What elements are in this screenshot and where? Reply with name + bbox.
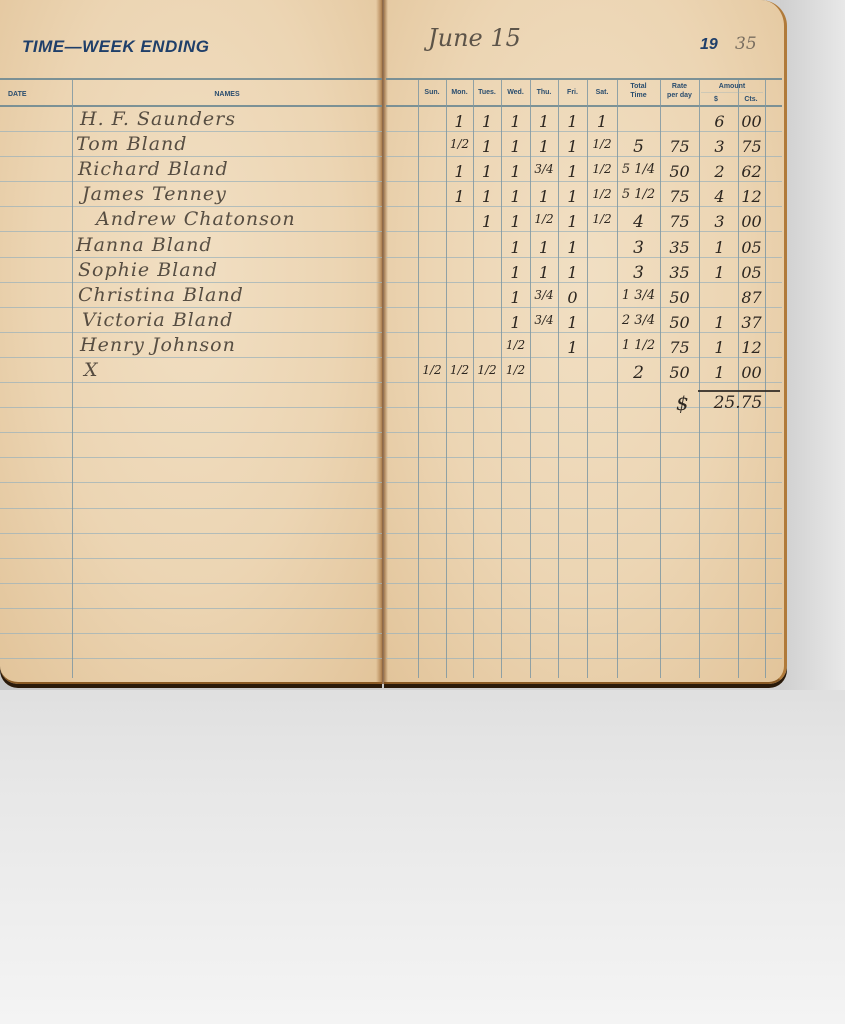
amount-dollars: 1 (701, 363, 738, 382)
total-time: 1 1/2 (617, 338, 660, 353)
column-header-cents: Cts. (740, 95, 762, 104)
day-wed: 1 (501, 263, 530, 282)
day-mon: 1 (446, 187, 473, 206)
grand-total-symbol: $ (676, 391, 689, 415)
scanner-background-right (780, 0, 845, 690)
rate-per-day: 50 (660, 288, 699, 307)
day-tue: 1 (473, 137, 501, 156)
column-header-fri: Fri. (558, 88, 587, 97)
day-fri: 1 (558, 187, 587, 206)
column-header-rate-per-day: Rate per day (660, 82, 699, 100)
total-underline (698, 390, 780, 392)
amount-cents: 37 (738, 313, 765, 332)
ruled-line-left (0, 583, 382, 584)
day-fri: 1 (558, 238, 587, 257)
ruled-line-left (0, 508, 382, 509)
total-time: 1 3/4 (617, 288, 660, 303)
amount-cents: 00 (738, 212, 765, 231)
day-sat: 1/2 (587, 162, 617, 176)
date-names-divider (72, 80, 73, 678)
time-book: TIME—WEEK ENDING DATE NAMES Sun.Mon.Tues… (0, 0, 788, 688)
day-wed: 1 (501, 162, 530, 181)
day-tue: 1 (473, 162, 501, 181)
amount-dollars: 3 (701, 137, 738, 156)
ruled-line-left (0, 231, 382, 232)
day-thu: 1/2 (530, 212, 558, 226)
column-header-names: NAMES (74, 90, 380, 99)
book-spine (376, 0, 388, 684)
ruled-line-left (0, 282, 382, 283)
day-fri: 1 (558, 212, 587, 231)
ruled-line-left (0, 457, 382, 458)
header-rule-top-left (0, 78, 382, 80)
rate-per-day: 35 (660, 238, 699, 257)
amount-subheader-rule (701, 92, 763, 93)
rate-per-day: 75 (660, 137, 699, 156)
employee-name: Richard Bland (78, 158, 229, 180)
rate-per-day: 50 (660, 313, 699, 332)
header-rule-bottom-left (0, 105, 382, 107)
day-sat: 1/2 (587, 187, 617, 201)
amount-cents: 12 (738, 187, 765, 206)
amount-dollars: 2 (701, 162, 738, 181)
employee-name: X (84, 359, 99, 381)
amount-cents: 87 (738, 288, 765, 307)
employee-name: Victoria Bland (82, 309, 233, 331)
ruled-line-left (0, 533, 382, 534)
day-thu: 1 (530, 112, 558, 131)
day-wed: 1 (501, 112, 530, 131)
day-sat: 1/2 (587, 137, 617, 151)
column-header-dollars: $ (705, 95, 727, 104)
day-fri: 1 (558, 313, 587, 332)
employee-name: Tom Bland (76, 133, 187, 155)
ruled-line-left (0, 407, 382, 408)
total-time: 2 (617, 363, 660, 383)
day-wed: 1/2 (501, 338, 530, 352)
ruled-line-left (0, 257, 382, 258)
day-mon: 1/2 (446, 363, 473, 377)
amount-cents: 62 (738, 162, 765, 181)
day-thu: 3/4 (530, 162, 558, 176)
rate-per-day: 35 (660, 263, 699, 282)
employee-name: James Tenney (82, 183, 227, 205)
employee-name: H. F. Saunders (80, 108, 236, 130)
column-header-sun: Sun. (418, 88, 446, 97)
column-divider (765, 80, 766, 678)
handwritten-year: 35 (735, 34, 757, 54)
column-header-tue: Tues. (473, 88, 501, 97)
amount-cents: 75 (738, 137, 765, 156)
day-mon: 1/2 (446, 137, 473, 151)
column-header-sat: Sat. (587, 88, 617, 97)
ruled-line-left (0, 332, 382, 333)
day-sat: 1/2 (587, 212, 617, 226)
employee-name: Henry Johnson (80, 334, 236, 356)
ruled-line-left (0, 658, 382, 659)
amount-dollars: 3 (701, 212, 738, 231)
employee-name: Andrew Chatonson (96, 208, 296, 230)
day-sun: 1/2 (418, 363, 446, 377)
employee-name: Christina Bland (78, 284, 244, 306)
ruled-line-left (0, 206, 382, 207)
rate-per-day: 50 (660, 162, 699, 181)
total-time: 5 (617, 137, 660, 157)
day-fri: 1 (558, 162, 587, 181)
day-mon: 1 (446, 112, 473, 131)
day-fri: 1 (558, 137, 587, 156)
rate-per-day: 75 (660, 212, 699, 231)
ruled-line-left (0, 482, 382, 483)
day-tue: 1 (473, 187, 501, 206)
day-tue: 1/2 (473, 363, 501, 377)
amount-cents: 05 (738, 263, 765, 282)
day-wed: 1 (501, 238, 530, 257)
ruled-line-left (0, 558, 382, 559)
ruled-line-left (0, 608, 382, 609)
column-header-total-time: Total Time (617, 82, 660, 100)
amount-dollars: 1 (701, 313, 738, 332)
day-tue: 1 (473, 112, 501, 131)
week-ending-date: June 15 (428, 24, 521, 52)
column-divider (699, 80, 700, 678)
amount-cents: 12 (738, 338, 765, 357)
day-wed: 1/2 (501, 363, 530, 377)
total-time: 2 3/4 (617, 313, 660, 328)
ruled-line-left (0, 382, 382, 383)
day-mon: 1 (446, 162, 473, 181)
ruled-line-left (0, 307, 382, 308)
rate-per-day: 75 (660, 338, 699, 357)
day-sat: 1 (587, 112, 617, 131)
ruled-line-left (0, 181, 382, 182)
day-thu: 1 (530, 187, 558, 206)
day-fri: 1 (558, 112, 587, 131)
rate-per-day: 50 (660, 363, 699, 382)
day-fri: 1 (558, 338, 587, 357)
day-thu: 1 (530, 238, 558, 257)
total-time: 5 1/4 (617, 162, 660, 177)
column-header-thu: Thu. (530, 88, 558, 97)
ruled-line-left (0, 131, 382, 132)
employee-name: Sophie Bland (78, 259, 218, 281)
amount-cents: 00 (738, 112, 765, 131)
column-header-date: DATE (8, 90, 38, 99)
day-wed: 1 (501, 288, 530, 307)
amount-dollars: 1 (701, 338, 738, 357)
day-thu: 1 (530, 137, 558, 156)
day-thu: 1 (530, 263, 558, 282)
printed-year-prefix: 19 (700, 36, 718, 54)
total-time: 5 1/2 (617, 187, 660, 202)
day-wed: 1 (501, 187, 530, 206)
day-tue: 1 (473, 212, 501, 231)
day-thu: 3/4 (530, 288, 558, 302)
rate-per-day: 75 (660, 187, 699, 206)
ruled-line-left (0, 156, 382, 157)
column-header-mon: Mon. (446, 88, 473, 97)
amount-dollars: 6 (701, 112, 738, 131)
day-wed: 1 (501, 212, 530, 231)
amount-cents: 00 (738, 363, 765, 382)
column-header-amount: Amount (699, 82, 765, 91)
column-header-wed: Wed. (501, 88, 530, 97)
day-fri: 1 (558, 263, 587, 282)
total-time: 4 (617, 212, 660, 232)
day-wed: 1 (501, 137, 530, 156)
amount-dollars: 1 (701, 263, 738, 282)
day-thu: 3/4 (530, 313, 558, 327)
ruled-line-left (0, 357, 382, 358)
amount-dollars: 1 (701, 238, 738, 257)
total-time: 3 (617, 263, 660, 283)
column-divider (418, 80, 419, 678)
grand-total-value: 25.75 (703, 393, 773, 413)
total-time: 3 (617, 238, 660, 258)
ruled-line-left (0, 633, 382, 634)
day-fri: 0 (558, 288, 587, 307)
page-title: TIME—WEEK ENDING (22, 37, 209, 57)
amount-cents: 05 (738, 238, 765, 257)
employee-name: Hanna Bland (76, 234, 213, 256)
ruled-line-left (0, 432, 382, 433)
amount-dollars: 4 (701, 187, 738, 206)
day-wed: 1 (501, 313, 530, 332)
